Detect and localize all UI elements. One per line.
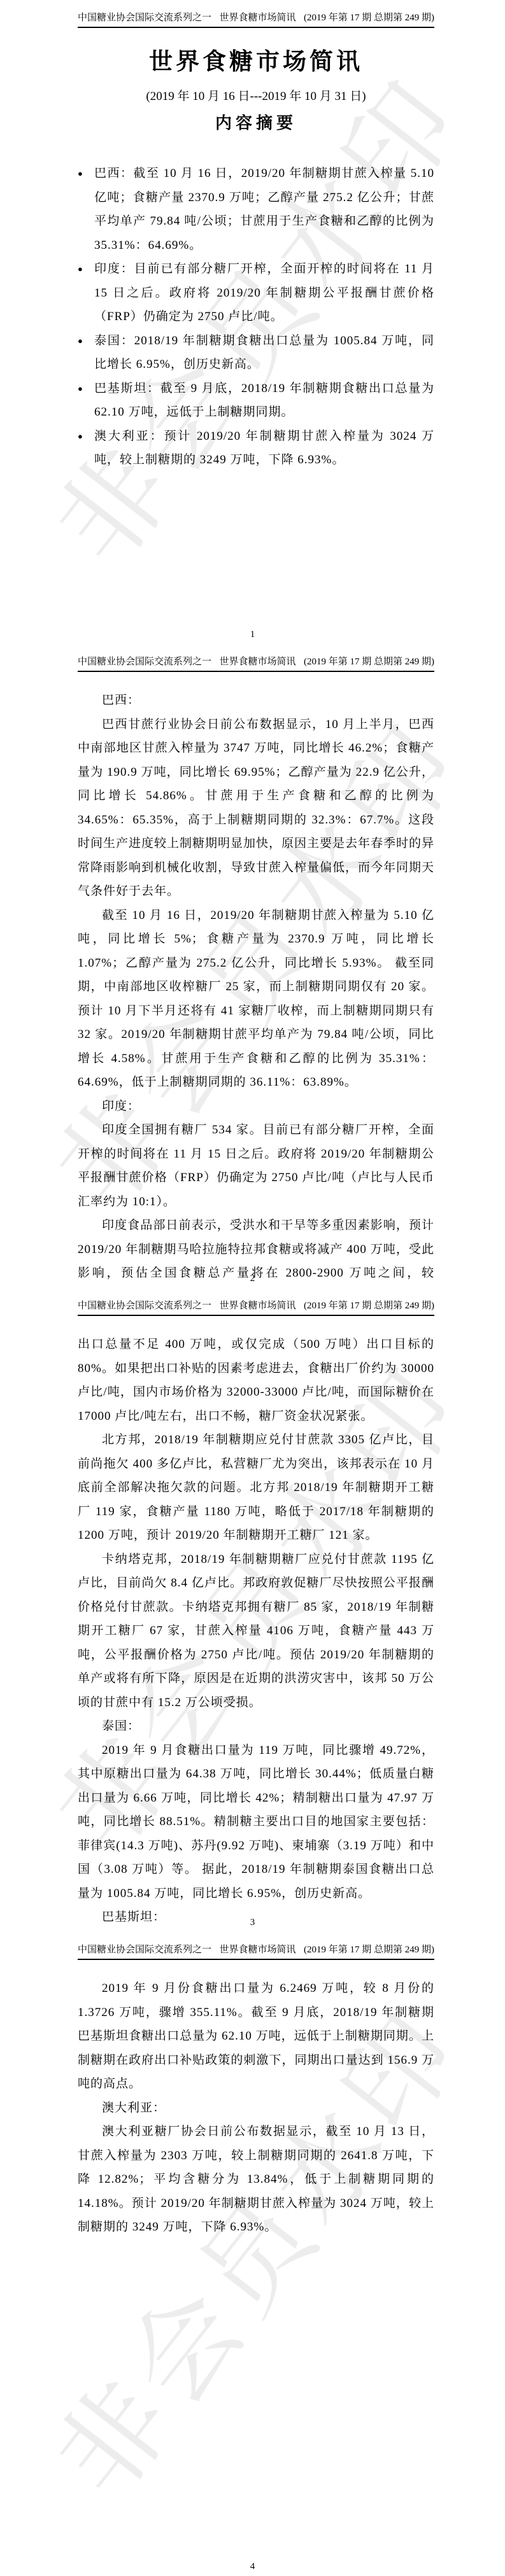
page-number: 2: [0, 1273, 505, 1284]
summary-bullet-australia: ● 澳大利亚：预计 2019/20 年制糖期甘蔗入榨量为 3024 万吨，较上制…: [78, 424, 434, 472]
paragraph: 2019 年 9 月份食糖出口量为 6.2469 万吨，较 8 月份的 1.37…: [78, 1977, 434, 2096]
bullet-text: 泰国：2018/19 年制糖期食糖出口总量为 1005.84 万吨，同比增长 6…: [94, 329, 434, 377]
page-number: 1: [0, 629, 505, 640]
doc-title: 世界食糖市场简讯: [78, 42, 434, 76]
header-doc-title: 世界食糖市场简讯: [216, 1298, 300, 1312]
bullet-text: 印度：目前已有部分糖厂开榨，全面开榨的时间将在 11 月 15 日之后。政府将 …: [94, 257, 434, 329]
bullet-icon: ●: [78, 257, 94, 329]
page-number: 4: [0, 2561, 505, 2572]
summary-bullet-brazil: ● 巴西：截至 10 月 16 日，2019/20 年制糖期甘蔗入榨量 5.10…: [78, 162, 434, 257]
running-header: 中国糖业协会国际交流系列之一 世界食糖市场简讯 (2019 年第 17 期 总期…: [78, 10, 434, 28]
page-4: 非会员水印 中国糖业协会国际交流系列之一 世界食糖市场简讯 (2019 年第 1…: [0, 1932, 505, 2576]
paragraph: 印度全国拥有糖厂 534 家。目前已有部分糖厂开榨，全面开榨的时间将在 11 月…: [78, 1118, 434, 1214]
date-range: (2019 年 10 月 16 日---2019 年 10 月 31 日): [78, 87, 434, 104]
summary-bullet-list: ● 巴西：截至 10 月 16 日，2019/20 年制糖期甘蔗入榨量 5.10…: [78, 162, 434, 472]
page-1: 非会员水印 中国糖业协会国际交流系列之一 世界食糖市场简讯 (2019 年第 1…: [0, 0, 505, 644]
paragraph: 截至 10 月 16 日，2019/20 年制糖期甘蔗入榨量为 5.10 亿吨，…: [78, 904, 434, 1095]
bullet-icon: ●: [78, 377, 94, 424]
page-3: 非会员水印 中国糖业协会国际交流系列之一 世界食糖市场简讯 (2019 年第 1…: [0, 1288, 505, 1932]
paragraph: 澳大利亚糖厂协会日前公布数据显示，截至 10 月 13 日，甘蔗入榨量为 230…: [78, 2120, 434, 2239]
page-2: 非会员水印 中国糖业协会国际交流系列之一 世界食糖市场简讯 (2019 年第 1…: [0, 644, 505, 1288]
paragraph: 出口总量不足 400 万吨，或仅完成（500 万吨）出口目标的 80%。如果把出…: [78, 1333, 434, 1428]
page-number: 3: [0, 1917, 505, 1928]
header-series: 中国糖业协会国际交流系列之一: [78, 10, 211, 24]
document: 非会员水印 中国糖业协会国际交流系列之一 世界食糖市场简讯 (2019 年第 1…: [0, 0, 505, 2576]
header-doc-title: 世界食糖市场简讯: [216, 1942, 300, 1956]
header-issue: (2019 年第 17 期 总期第 249 期): [304, 1298, 434, 1312]
bullet-icon: ●: [78, 329, 94, 377]
bullet-text: 巴基斯坦：截至 9 月底，2018/19 年制糖期食糖出口总量为 62.10 万…: [94, 377, 434, 424]
page-4-content: 2019 年 9 月份食糖出口量为 6.2469 万吨，较 8 月份的 1.37…: [78, 1977, 434, 2239]
running-header: 中国糖业协会国际交流系列之一 世界食糖市场简讯 (2019 年第 17 期 总期…: [78, 1298, 434, 1316]
header-doc-title: 世界食糖市场简讯: [216, 654, 300, 668]
page-1-content: 世界食糖市场简讯 (2019 年 10 月 16 日---2019 年 10 月…: [78, 42, 434, 472]
header-series: 中国糖业协会国际交流系列之一: [78, 1942, 211, 1956]
header-issue: (2019 年第 17 期 总期第 249 期): [304, 1942, 434, 1956]
paragraph: 2019 年 9 月食糖出口量为 119 万吨，同比骤增 49.72%，其中原糖…: [78, 1739, 434, 1906]
summary-heading: 内容摘要: [78, 110, 434, 134]
page-2-content: 巴西： 巴西甘蔗行业协会日前公布数据显示，10 月上半月，巴西中南部地区甘蔗入榨…: [78, 689, 434, 1288]
running-header: 中国糖业协会国际交流系列之一 世界食糖市场简讯 (2019 年第 17 期 总期…: [78, 654, 434, 672]
country-heading-australia: 澳大利亚：: [78, 2096, 434, 2120]
paragraph: 北方邦，2018/19 年制糖期应兑付甘蔗款 3305 亿卢比，目前尚拖欠 40…: [78, 1428, 434, 1548]
bullet-text: 巴西：截至 10 月 16 日，2019/20 年制糖期甘蔗入榨量 5.10 亿…: [94, 162, 434, 257]
header-doc-title: 世界食糖市场简讯: [216, 10, 300, 24]
paragraph: 卡纳塔克邦，2018/19 年制糖期糖厂应兑付甘蔗款 1195 亿卢比，目前尚欠…: [78, 1548, 434, 1715]
header-series: 中国糖业协会国际交流系列之一: [78, 654, 211, 668]
bullet-icon: ●: [78, 424, 94, 472]
page-3-content: 出口总量不足 400 万吨，或仅完成（500 万吨）出口目标的 80%。如果把出…: [78, 1333, 434, 1929]
summary-bullet-pakistan: ● 巴基斯坦：截至 9 月底，2018/19 年制糖期食糖出口总量为 62.10…: [78, 377, 434, 424]
country-heading-india: 印度：: [78, 1095, 434, 1119]
header-series: 中国糖业协会国际交流系列之一: [78, 1298, 211, 1312]
bullet-icon: ●: [78, 162, 94, 257]
header-issue: (2019 年第 17 期 总期第 249 期): [304, 654, 434, 668]
bullet-text: 澳大利亚：预计 2019/20 年制糖期甘蔗入榨量为 3024 万吨，较上制糖期…: [94, 424, 434, 472]
paragraph: 巴西甘蔗行业协会日前公布数据显示，10 月上半月，巴西中南部地区甘蔗入榨量为 3…: [78, 713, 434, 904]
header-issue: (2019 年第 17 期 总期第 249 期): [304, 10, 434, 24]
summary-bullet-india: ● 印度：目前已有部分糖厂开榨，全面开榨的时间将在 11 月 15 日之后。政府…: [78, 257, 434, 329]
country-heading-thailand: 泰国：: [78, 1714, 434, 1739]
summary-bullet-thailand: ● 泰国：2018/19 年制糖期食糖出口总量为 1005.84 万吨，同比增长…: [78, 329, 434, 377]
country-heading-brazil: 巴西：: [78, 689, 434, 713]
running-header: 中国糖业协会国际交流系列之一 世界食糖市场简讯 (2019 年第 17 期 总期…: [78, 1942, 434, 1960]
